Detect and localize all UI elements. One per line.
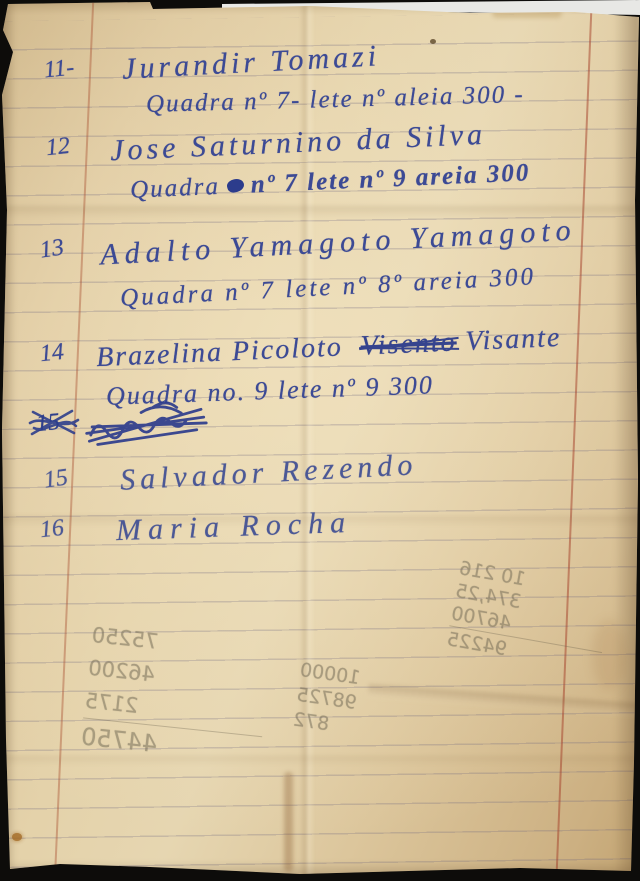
edge-shadow — [0, 0, 16, 881]
scanned-document: 11- Jurandir Tomazi Quadra nº 7- lete nº… — [0, 0, 640, 881]
entry-14-name-right: Visante — [465, 322, 562, 357]
fold-stain-streak — [284, 772, 293, 872]
edge-shadow — [0, 861, 640, 881]
entry-13-number: 13 — [38, 234, 66, 264]
horizontal-crease — [0, 756, 640, 765]
rust-stain — [12, 833, 22, 841]
entry-16-number: 16 — [39, 515, 66, 544]
paper-sheet: 11- Jurandir Tomazi Quadra nº 7- lete nº… — [0, 0, 640, 881]
entry-12-number: 12 — [45, 133, 72, 162]
entry-14-struck-word: Visento — [360, 326, 457, 361]
entry-12-details-left: Quadra — [130, 173, 221, 204]
mirrored-pencil-sum-left: 75250 46200 2175 44750 — [79, 619, 272, 772]
entry-15-number: 15 — [42, 464, 70, 494]
edge-shadow — [614, 0, 640, 881]
ink-blot — [225, 177, 245, 194]
number-crossout-scribble — [28, 406, 80, 440]
ink-spot-stain — [430, 39, 436, 44]
entry-11-number: 11- — [43, 54, 76, 84]
entry-14-number: 14 — [39, 339, 66, 368]
